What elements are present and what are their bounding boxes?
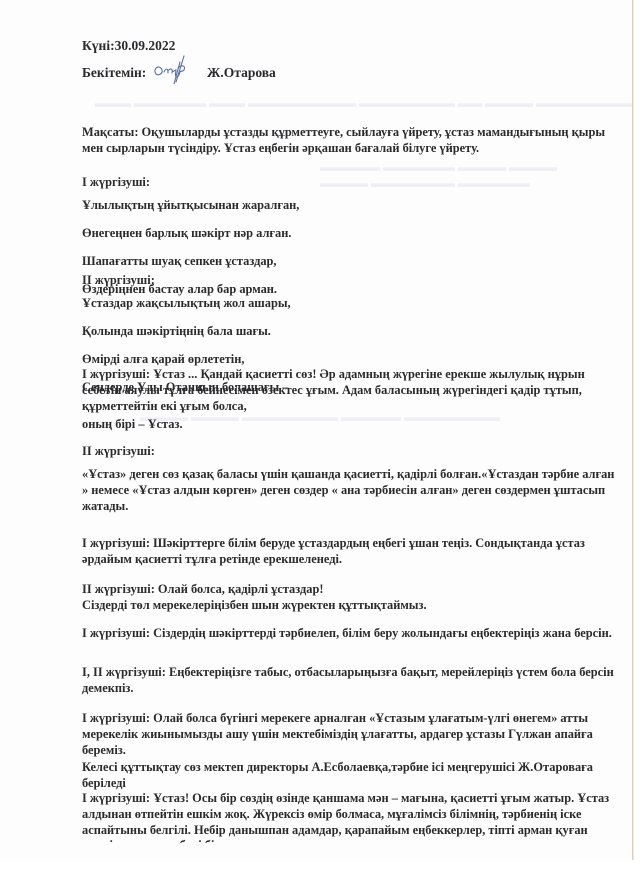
poem-line: Ұстаздар жақсылықтың жол ашары, bbox=[82, 296, 617, 312]
document-date: Күні:30.09.2022 bbox=[82, 38, 175, 54]
speaker-label: ІІ жүргізуші: bbox=[82, 444, 617, 460]
approval-line: Бекітемін: Ж.Отарова bbox=[82, 63, 276, 85]
dialogue-paragraph: І, ІІ жүргізуші: Еңбектеріңізге табыс, о… bbox=[82, 665, 617, 696]
dialogue-paragraph: «Ұстаз» деген сөз қазақ баласы үшін қаша… bbox=[82, 467, 617, 514]
bleed-through-text: ▬▬▬ ▬▬▬▬▬▬ ▬▬▬ ▬▬▬▬▬▬▬▬▬ ▬▬▬▬▬▬▬▬ ▬▬ ▬▬▬… bbox=[95, 96, 595, 111]
approver-name: Ж.Отарова bbox=[207, 65, 276, 80]
dialogue-paragraph-truncated: І жүргізуші: Ұстаз! Осы бір сөздің өзінд… bbox=[82, 779, 617, 843]
dialogue-paragraph: І жүргізуші: Шәкірттерге білім беруде ұс… bbox=[82, 536, 617, 567]
poem-line: Қолында шәкіртіңнің бала шағы. bbox=[82, 324, 617, 340]
dialogue-paragraph: І жүргізуші: Ұстаз ... Қандай қасиетті с… bbox=[82, 367, 617, 414]
bleed-through-text: ▬▬▬▬▬ ▬▬▬▬▬▬ ▬▬▬▬ ▬▬▬▬ bbox=[320, 160, 580, 175]
signature-icon bbox=[150, 60, 202, 82]
poem-line: Ұлылықтың ұйытқысынан жаралған, bbox=[82, 198, 617, 214]
dialogue-paragraph: ІІ жүргізуші: Олай болса, қадірлі ұстазд… bbox=[82, 582, 617, 598]
poem-line: Өмірді алға қарай өрлететін, bbox=[82, 352, 617, 368]
poem-line: Өнегеңнен барлық шәкірт нәр алған. bbox=[82, 226, 617, 242]
dialogue-paragraph: І жүргізуші: Сіздердің шәкірттерді тәрби… bbox=[82, 626, 617, 642]
dialogue-paragraph: Сіздерді төл мерекелеріңізбен шын жүрект… bbox=[82, 598, 617, 614]
poem-line: Шапағатты шуақ сепкен ұстаздар, bbox=[82, 254, 617, 270]
approve-label: Бекітемін: bbox=[82, 65, 146, 80]
dialogue-paragraph: І жүргізуші: Олай болса бүгінгі мерекеге… bbox=[82, 711, 617, 758]
dialogue-paragraph: оның бірі – Ұстаз. bbox=[82, 417, 617, 433]
scanned-document-page: ▬▬▬ ▬▬▬▬▬▬ ▬▬▬ ▬▬▬▬▬▬▬▬▬ ▬▬▬▬▬▬▬▬ ▬▬ ▬▬▬… bbox=[0, 0, 633, 860]
lesson-goal: Мақсаты: Оқушыларды ұстазды құрметтеуге,… bbox=[82, 125, 617, 156]
